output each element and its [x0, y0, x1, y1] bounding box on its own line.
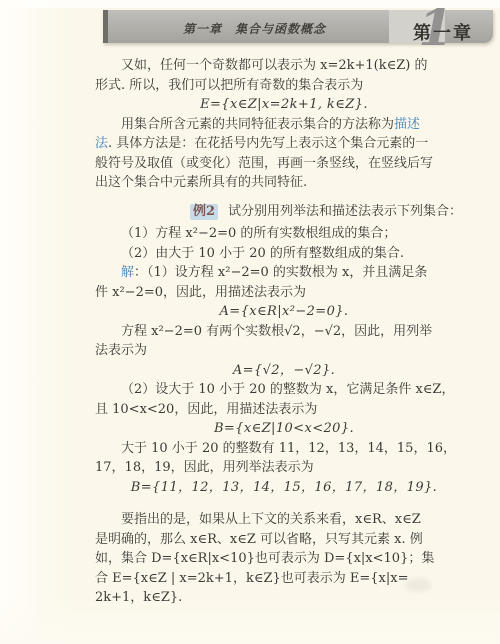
text-line: 件 x²−2=0，因此，用描述法表示为: [95, 283, 473, 303]
text-line: 是明确的，那么 x∈R、x∈Z 可以省略，只写其元素 x. 例: [95, 530, 473, 550]
formula-line: B={x∈Z|10<x<20}.: [95, 419, 473, 439]
text-line: 出这个集合中元素所具有的共同特征.: [95, 173, 473, 193]
formula-line: A={x∈R|x²−2=0}.: [95, 302, 473, 322]
scan-smudge: [405, 578, 431, 592]
text-segment: 方程 x²−2=0 有两个实数根√2，−√2，因此，用列举: [121, 324, 432, 339]
text-segment: A={x∈R|x²−2=0}.: [220, 304, 349, 319]
text-line: 法表示为: [95, 341, 473, 361]
text-line: 解：（1）设方程 x²−2=0 的实数根为 x，并且满足条: [95, 263, 473, 283]
text-segment: . 具体方法是：在花括号内先写上表示这个集合元素的一: [108, 136, 428, 151]
text-segment: 法表示为: [95, 343, 147, 358]
text-line: 方程 x²−2=0 有两个实数根√2，−√2，因此，用列举: [95, 322, 473, 342]
chapter-tab-label: 第一章: [413, 19, 473, 45]
text-line: 如，集合 D={x∈R|x<10}也可表示为 D={x|x<10}；集: [95, 549, 473, 569]
text-segment: E={x∈Z|x=2k+1, k∈Z}.: [200, 97, 368, 112]
example-heading: 例2试分别用列举法和描述法表示下列集合：: [190, 202, 473, 222]
text-line: 法. 具体方法是：在花括号内先写上表示这个集合元素的一: [95, 134, 473, 154]
running-title: 第一章 集合与函数概念: [183, 20, 326, 37]
text-line: 大于 10 小于 20 的整数有 11，12，13，14，15，16，: [95, 439, 473, 459]
text-segment: 般符号及取值（或变化）范围，再画一条竖线，在竖线后写: [95, 156, 433, 171]
solution-label: 解: [121, 265, 134, 280]
text-segment: 合 E={x∈Z | x=2k+1，k∈Z}也可表示为 E={x|x=: [95, 571, 408, 586]
text-segment: 试分别用列举法和描述法表示下列集合：: [228, 204, 462, 219]
text-segment: B={11，12，13，14，15，16，17，18，19}.: [131, 480, 437, 495]
text-line: 般符号及取值（或变化）范围，再画一条竖线，在竖线后写: [95, 154, 473, 174]
band-dark-edge: [103, 10, 108, 43]
text-line: （2）设大于 10 小于 20 的整数为 x，它满足条件 x∈Z，: [95, 380, 473, 400]
text-segment: 要指出的是，如果从上下文的关系来看，x∈R、x∈Z: [121, 512, 421, 527]
text-segment: 又如，任何一个奇数都可以表示为 x=2k+1(k∈Z) 的: [121, 58, 427, 73]
text-segment: B={x∈Z|10<x<20}.: [214, 421, 354, 436]
text-segment: 2k+1，k∈Z}.: [95, 590, 182, 605]
text-segment: 是明确的，那么 x∈R、x∈Z 可以省略，只写其元素 x. 例: [95, 532, 423, 547]
text-segment: 形式. 所以，我们可以把所有奇数的集合表示为: [95, 78, 363, 93]
term-miaoshufa: 描述: [394, 117, 420, 132]
example-label: 例2: [190, 204, 218, 220]
text-segment: 且 10<x<20，因此，用描述法表示为: [95, 402, 317, 417]
text-line: （2）由大于 10 小于 20 的所有整数组成的集合.: [95, 244, 473, 264]
text-segment: 用集合所含元素的共同特征表示集合的方法称为: [121, 117, 394, 132]
text-segment: 大于 10 小于 20 的整数有 11，12，13，14，15，16，: [121, 441, 456, 456]
text-line: 且 10<x<20，因此，用描述法表示为: [95, 400, 473, 420]
text-line: 又如，任何一个奇数都可以表示为 x=2k+1(k∈Z) 的: [95, 56, 473, 76]
text-line: 要指出的是，如果从上下文的关系来看，x∈R、x∈Z: [95, 510, 473, 530]
formula-line: E={x∈Z|x=2k+1, k∈Z}.: [95, 95, 473, 115]
text-segment: 件 x²−2=0，因此，用描述法表示为: [95, 285, 306, 300]
text-segment: ：（1）设方程 x²−2=0 的实数根为 x，并且满足条: [134, 265, 427, 280]
chapter-header-band: 第一章 集合与函数概念 1 第一章: [103, 10, 493, 43]
formula-line: B={11，12，13，14，15，16，17，18，19}.: [95, 478, 473, 498]
text-segment: （1）方程 x²−2=0 的所有实数根组成的集合；: [121, 226, 396, 241]
text-segment: （2）设大于 10 小于 20 的整数为 x，它满足条件 x∈Z，: [121, 382, 454, 397]
text-segment: 17，18，19，因此，用列举法表示为: [95, 460, 314, 475]
page-left-edge: [0, 0, 72, 644]
text-line: 17，18，19，因此，用列举法表示为: [95, 458, 473, 478]
page-body-text: 又如，任何一个奇数都可以表示为 x=2k+1(k∈Z) 的形式. 所以，我们可以…: [95, 56, 473, 608]
term-miaoshufa: 法: [95, 136, 108, 151]
text-segment: 出这个集合中元素所具有的共同特征.: [95, 175, 307, 190]
text-line: （1）方程 x²−2=0 的所有实数根组成的集合；: [95, 224, 473, 244]
text-segment: 如，集合 D={x∈R|x<10}也可表示为 D={x|x<10}；集: [95, 551, 434, 566]
text-line: 用集合所含元素的共同特征表示集合的方法称为描述: [95, 115, 473, 135]
formula-line: A={√2，−√2}.: [95, 361, 473, 381]
text-line: 形式. 所以，我们可以把所有奇数的集合表示为: [95, 76, 473, 96]
text-segment: （2）由大于 10 小于 20 的所有整数组成的集合.: [121, 246, 404, 261]
text-segment: A={√2，−√2}.: [233, 363, 335, 378]
